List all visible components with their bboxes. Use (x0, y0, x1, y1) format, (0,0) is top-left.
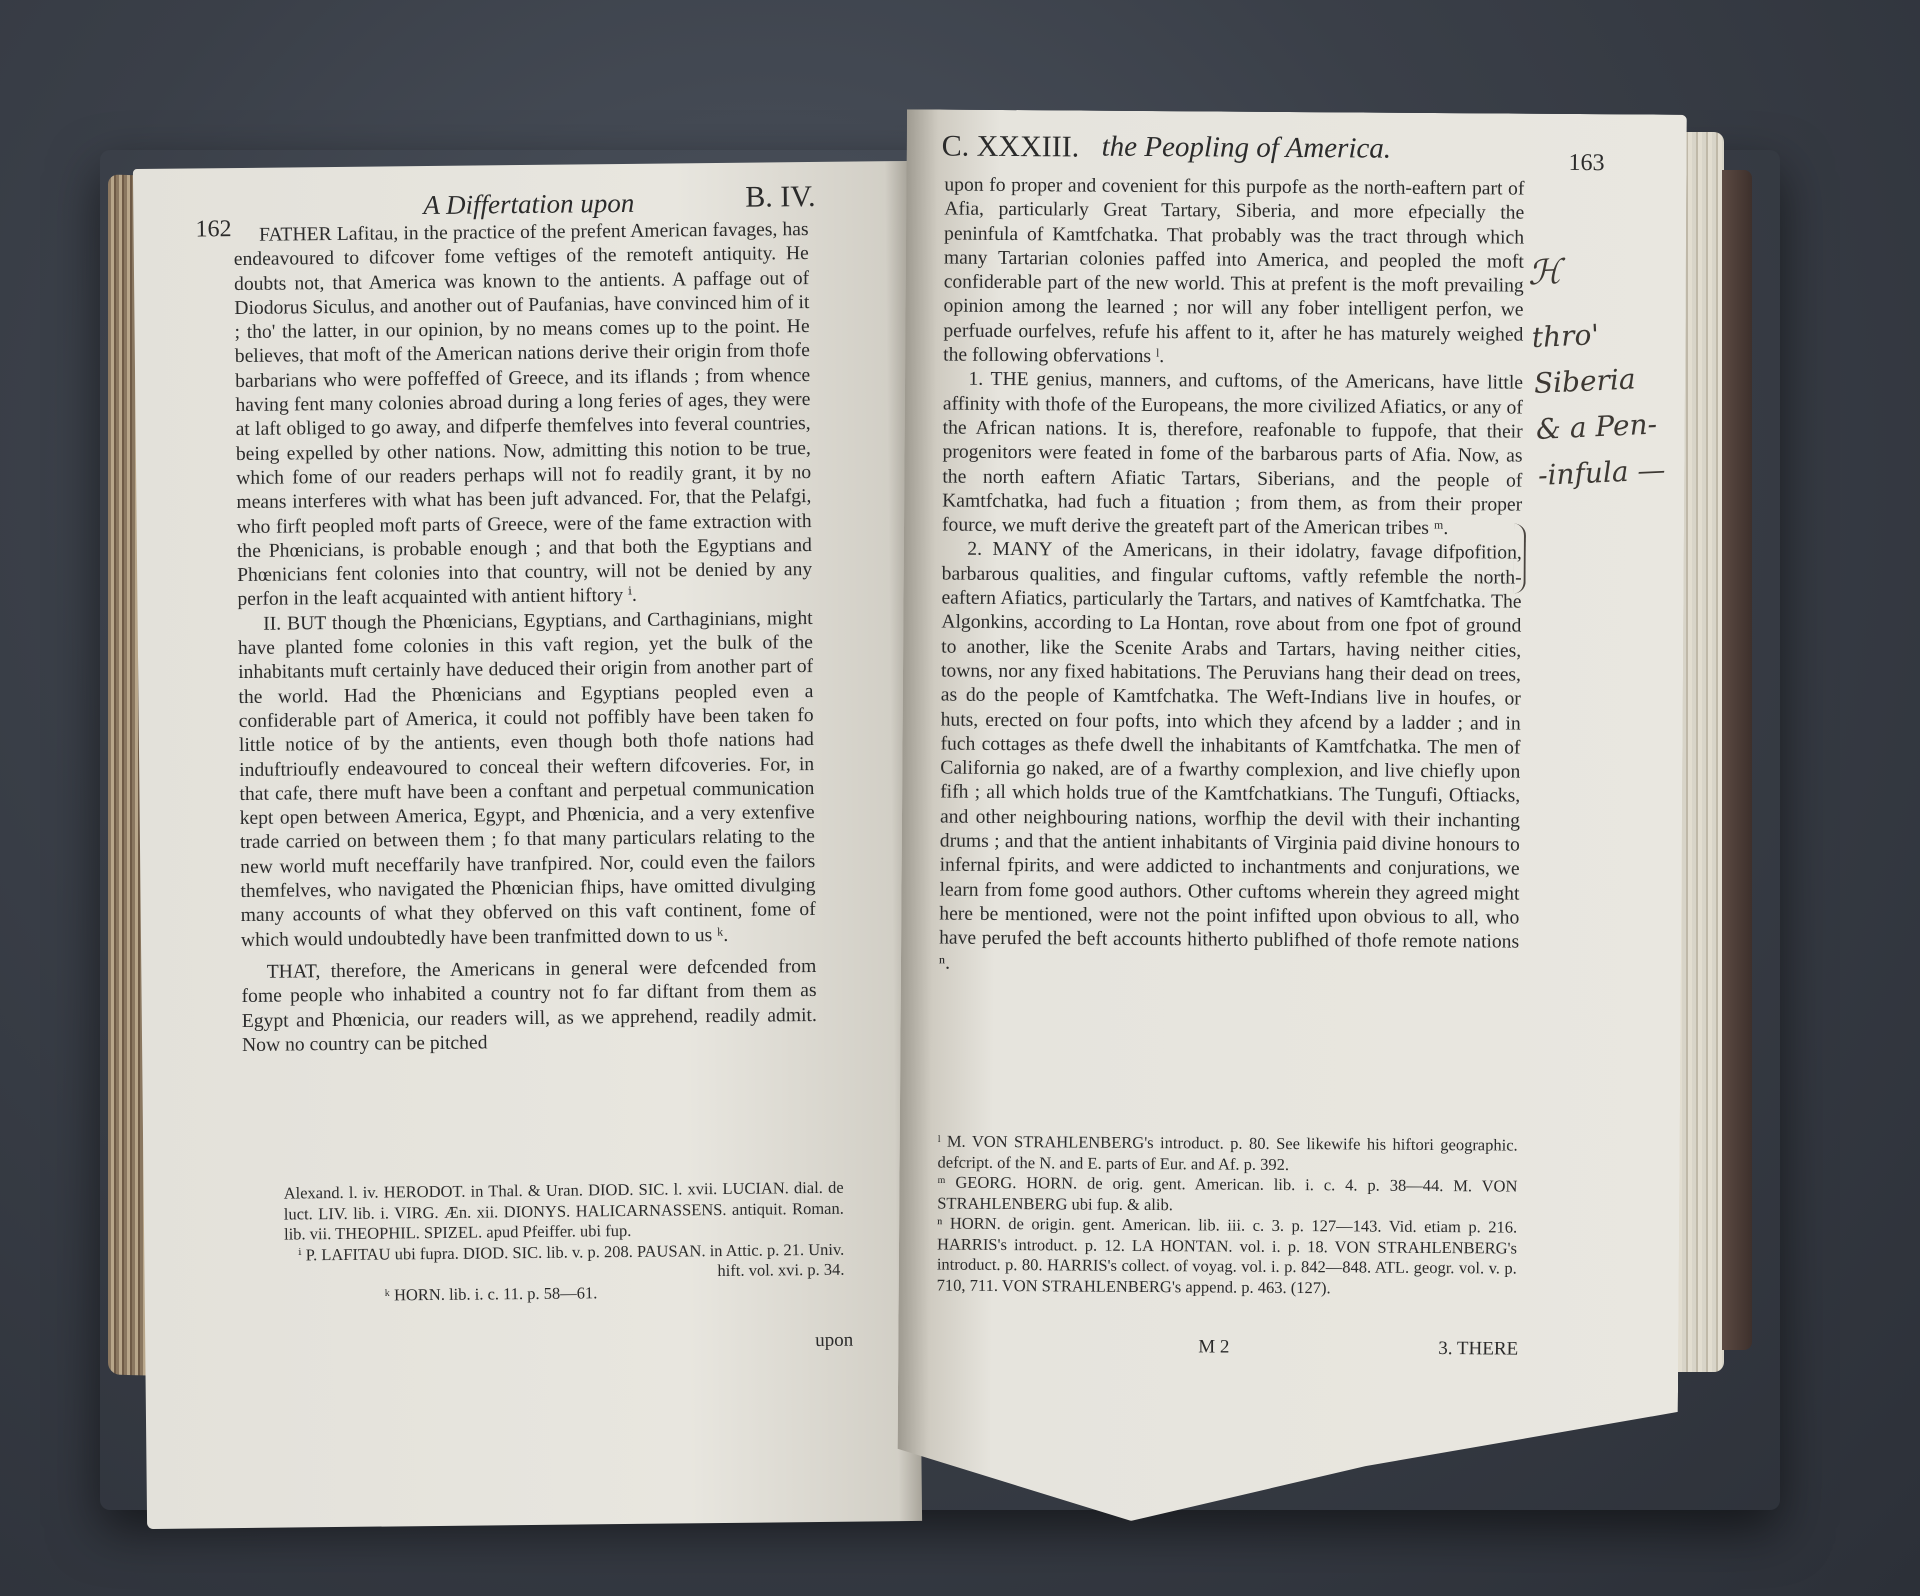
footnote: ˡ M. VON STRAHLENBERG's introduct. p. 80… (938, 1132, 1518, 1177)
paragraph: 2. MANY of the Americans, in their idola… (939, 538, 1522, 979)
marginal-note: thro' Siberia & a Pen- -infula — (1531, 309, 1667, 499)
marginal-bracket-icon (1514, 524, 1526, 594)
footnote: ⁱ P. LAFITAU ubi fupra. DIOD. SIC. lib. … (284, 1239, 844, 1286)
footnote: ⁿ HORN. de origin. gent. American. lib. … (937, 1214, 1518, 1300)
catchword: 3. THERE (1438, 1338, 1518, 1361)
marginal-note-line: Siberia (1533, 355, 1662, 407)
paragraph: 1. THE genius, manners, and cuftoms, of … (942, 368, 1523, 542)
page-number: 163 (1568, 150, 1604, 177)
running-title: A Differtation upon (423, 188, 634, 221)
catchword: upon (815, 1330, 853, 1352)
book-cover-right (1722, 170, 1752, 1350)
paragraph: THAT, therefore, the Americans in genera… (241, 955, 817, 1058)
paragraph: FATHER Lafitau, in the practice of the p… (233, 218, 812, 613)
paragraph: II. BUT though the Phœnicians, Egyptians… (238, 607, 817, 953)
marginal-note-line: -infula — (1537, 447, 1666, 499)
signature-mark: M 2 (1198, 1336, 1229, 1358)
marginal-note-line: thro' (1531, 309, 1660, 361)
marginal-note-line: & a Pen- (1535, 401, 1664, 453)
right-page: C. XXXIII. the Peopling of America. 163 … (897, 109, 1687, 1524)
left-page: 162 A Differtation upon B. IV. FATHER La… (133, 161, 922, 1529)
footnotes: ˡ M. VON STRAHLENBERG's introduct. p. 80… (937, 1132, 1518, 1300)
paragraph: upon fo proper and covenient for this pu… (943, 174, 1524, 372)
footnotes: Alexand. l. iv. HERODOT. in Thal. & Uran… (284, 1178, 845, 1307)
page-body: upon fo proper and covenient for this pu… (939, 174, 1525, 980)
running-title: the Peopling of America. (1102, 131, 1392, 166)
page-body: FATHER Lafitau, in the practice of the p… (233, 218, 817, 1058)
book-signature: B. IV. (745, 180, 816, 215)
footnote: ᵐ GEORG. HORN. de orig. gent. American. … (937, 1173, 1517, 1218)
chapter-signature: C. XXXIII. (942, 130, 1080, 165)
footnote: Alexand. l. iv. HERODOT. in Thal. & Uran… (284, 1178, 845, 1245)
marginal-mark-icon: ℋ (1527, 249, 1563, 296)
